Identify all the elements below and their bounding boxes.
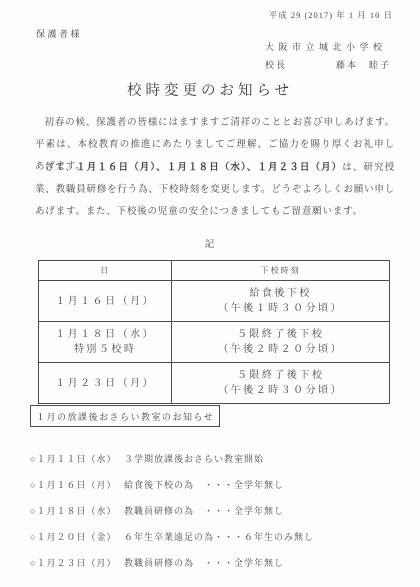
list-item-date: ○１月１６日（月） — [30, 478, 122, 491]
sender-block: 大阪市立城北小学校 校長 藤本 睦子 — [265, 40, 391, 71]
cell-time: ５限終了後下校 （午後２時３０分頃） — [172, 363, 390, 404]
list-item: ○１月１１日（水） ３学期放課後おさらい教室開始 — [30, 452, 405, 465]
cell-line: １月２３日（月） — [41, 376, 169, 391]
column-header-time: 下校時刻 — [172, 261, 390, 281]
table-row: １月１６日（月） 給食後下校 （午後１時３０分頃） — [39, 281, 390, 322]
principal-line: 校長 藤本 睦子 — [265, 58, 391, 71]
cell-line: ５限終了後下校 — [174, 368, 387, 383]
list-item-desc: 教職員研修の為 ・・・全学年無し — [124, 504, 284, 517]
principal-name: 藤本 睦子 — [336, 58, 391, 71]
list-item-desc: ６年生卒業遠足の為・・・６年生のみ無し — [124, 530, 314, 543]
table-row: １月１８日（水） 特別５校時 ５限終了後下校 （午後２時２０分頃） — [39, 322, 390, 363]
cell-line: ５限終了後下校 — [174, 327, 387, 342]
table-header-row: 日 下校時刻 — [39, 261, 390, 281]
column-header-date: 日 — [39, 261, 172, 281]
cell-date: １月１８日（水） 特別５校時 — [39, 322, 172, 363]
main-paragraph-prefix: さて、 — [45, 163, 77, 173]
list-item-date-text: １月２３日（月） — [36, 558, 116, 568]
cell-line: 給食後下校 — [174, 286, 387, 301]
cell-time: ５限終了後下校 （午後２時２０分頃） — [172, 322, 390, 363]
list-item: ○１月１８日（水） 教職員研修の為 ・・・全学年無し — [30, 504, 405, 517]
cell-line: １月１８日（水） — [41, 327, 169, 342]
list-item-date-text: １月１１日（水） — [36, 454, 116, 464]
cell-line: （午後２時２０分頃） — [174, 342, 387, 357]
list-item-date-text: １月１６日（月） — [36, 480, 116, 490]
list-item-date: ○１月２３日（月） — [30, 556, 122, 569]
list-item-date: ○１月１１日（水） — [30, 452, 122, 465]
list-item-desc: ３学期放課後おさらい教室開始 — [124, 452, 264, 465]
main-paragraph-dates: １月１６日（月）、１月１８日（水）、１月２３日（月） — [76, 163, 342, 173]
document-page: 平成 29 (2017) 年 1 月 10 日 保護者様 大阪市立城北小学校 校… — [0, 0, 420, 587]
notice-list: ○１月１１日（水） ３学期放課後おさらい教室開始 ○１月１６日（月） 給食後下校… — [30, 452, 405, 582]
section-heading: １月の放課後おさらい教室のお知らせ — [30, 405, 220, 427]
list-item: ○１月１６日（月） 給食後下校の為 ・・・全学年無し — [30, 478, 405, 491]
cell-date: １月２３日（月） — [39, 363, 172, 404]
list-item-date-text: １月２０日（金） — [36, 532, 116, 542]
cell-line: 特別５校時 — [41, 342, 169, 357]
ki-marker: 記 — [0, 236, 420, 250]
document-date: 平成 29 (2017) 年 1 月 10 日 — [269, 9, 393, 21]
schedule-table: 日 下校時刻 １月１６日（月） 給食後下校 （午後１時３０分頃） １月１８日（水… — [38, 260, 390, 404]
list-item-desc: 教職員研修の為 ・・・全学年無し — [124, 556, 284, 569]
school-name: 大阪市立城北小学校 — [265, 40, 391, 53]
list-item: ○１月２０日（金） ６年生卒業遠足の為・・・６年生のみ無し — [30, 530, 405, 543]
cell-line: １月１６日（月） — [41, 294, 169, 309]
table-row: １月２３日（月） ５限終了後下校 （午後２時３０分頃） — [39, 363, 390, 404]
cell-line: （午後２時３０分頃） — [174, 383, 387, 398]
principal-title: 校長 — [265, 58, 287, 71]
list-item: ○１月２３日（月） 教職員研修の為 ・・・全学年無し — [30, 556, 405, 569]
list-item-desc: 給食後下校の為 ・・・全学年無し — [124, 478, 284, 491]
page-title: 校時変更のお知らせ — [0, 79, 420, 100]
list-item-date: ○１月２０日（金） — [30, 530, 122, 543]
recipient-label: 保護者様 — [36, 27, 82, 40]
cell-time: 給食後下校 （午後１時３０分頃） — [172, 281, 390, 322]
list-item-date: ○１月１８日（水） — [30, 504, 122, 517]
cell-date: １月１６日（月） — [39, 281, 172, 322]
cell-line: （午後１時３０分頃） — [174, 301, 387, 316]
list-item-date-text: １月１８日（水） — [36, 506, 116, 516]
main-paragraph: さて、１月１６日（月）、１月１８日（水）、１月２３日（月）は、研究授業、教職員研… — [35, 157, 395, 223]
